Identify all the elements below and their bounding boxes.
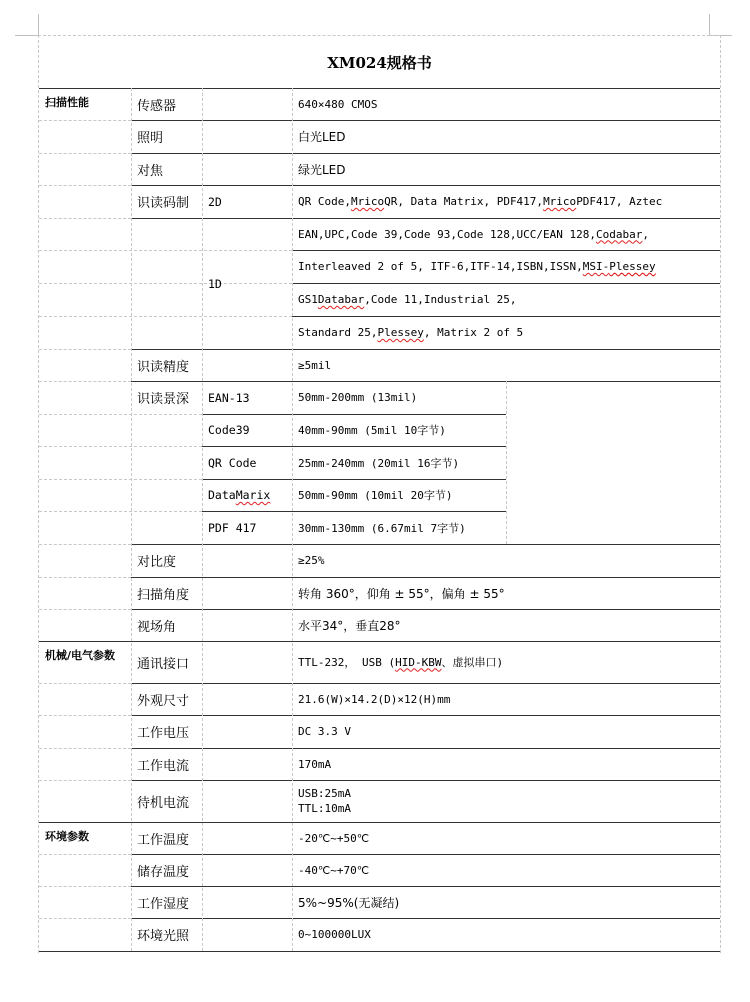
- spec-value: 50mm-90mm (10mil 20字节): [292, 479, 506, 511]
- spec-label: 工作湿度: [131, 886, 202, 918]
- row-divider-dashed: [39, 511, 202, 512]
- spec-sub-type: Data Marix: [202, 479, 292, 511]
- row-divider-dashed: [39, 381, 131, 382]
- row-divider-dashed: [39, 479, 202, 480]
- spec-value: USB:25mATTL:10mA: [292, 780, 720, 822]
- spec-label: 工作电压: [131, 715, 202, 748]
- spec-value: EAN,UPC,Code 39,Code 93,Code 128,UCC/EAN…: [292, 218, 720, 250]
- spec-sub-type: QR Code: [202, 446, 292, 479]
- page-guide-right: [720, 35, 721, 953]
- spec-value: TTL-232， USB (HID-KBW、虚拟串口): [292, 641, 720, 683]
- document-title: XM024规格书: [39, 36, 720, 88]
- spec-label: 对比度: [131, 544, 202, 577]
- spec-label: 照明: [131, 120, 202, 153]
- spec-value: 水平34°，垂直28°: [292, 609, 720, 641]
- page-guide-left: [38, 35, 39, 953]
- spec-label: 待机电流: [131, 780, 202, 822]
- spec-value: 5%~95%(无凝结): [292, 886, 720, 918]
- row-divider-dashed: [39, 544, 131, 545]
- row-divider-dashed: [39, 414, 202, 415]
- spec-sub-type: PDF 417: [202, 511, 292, 544]
- spec-sub-type: Code39: [202, 414, 292, 446]
- row-divider-dashed: [39, 349, 131, 350]
- spec-value: DC 3.3 V: [292, 715, 720, 748]
- spec-value: 21.6(W)×14.2(D)×12(H)mm: [292, 683, 720, 715]
- section-scan-performance: 扫描性能: [39, 88, 131, 120]
- crop-mark-top-left-v: [38, 14, 39, 35]
- row-divider-dashed: [39, 780, 131, 781]
- row-divider-dashed: [39, 683, 131, 684]
- spec-label: 对焦: [131, 153, 202, 185]
- crop-mark-top-right-v: [709, 14, 710, 35]
- column-divider: [506, 381, 507, 544]
- spec-value: -40℃~+70℃: [292, 854, 720, 886]
- spec-label: 识读精度: [131, 349, 202, 381]
- spec-label: 环境光照: [131, 918, 202, 951]
- spec-value: QR Code,Mrico QR, Data Matrix, PDF417,Mr…: [292, 185, 720, 218]
- spec-value: 170mA: [292, 748, 720, 780]
- spec-value: 转角 360°，仰角 ± 55°，偏角 ± 55°: [292, 577, 720, 609]
- spec-sub-type: 2D: [202, 185, 292, 218]
- spec-value: Standard 25,Plessey, Matrix 2 of 5: [292, 316, 720, 349]
- crop-mark-top-left-h: [15, 35, 38, 36]
- spec-label: 工作温度: [131, 822, 202, 854]
- spec-label: 识读码制: [131, 185, 202, 218]
- row-divider-dashed: [39, 120, 131, 121]
- spec-label: 储存温度: [131, 854, 202, 886]
- spec-label: 识读景深: [131, 381, 202, 414]
- spec-sub-type: EAN-13: [202, 381, 292, 414]
- row-divider-dashed: [39, 715, 131, 716]
- row-divider-dashed: [39, 577, 131, 578]
- spec-value-line: TTL:10mA: [298, 801, 351, 816]
- spec-value: 绿光LED: [292, 153, 720, 185]
- row-divider-dashed: [39, 918, 131, 919]
- spec-label: 扫描角度: [131, 577, 202, 609]
- spec-label: 视场角: [131, 609, 202, 641]
- row-divider-dashed: [39, 609, 131, 610]
- spec-value: -20℃~+50℃: [292, 822, 720, 854]
- spec-value: GS1 Databar,Code 11,Industrial 25,: [292, 283, 720, 316]
- spec-value: Interleaved 2 of 5, ITF-6,ITF-14,ISBN,IS…: [292, 250, 720, 283]
- spec-value: 30mm-130mm (6.67mil 7字节): [292, 511, 506, 544]
- spec-sub-type: 1D: [202, 218, 292, 349]
- spec-value-line: USB:25mA: [298, 786, 351, 801]
- row-divider-dashed: [39, 185, 131, 186]
- row-divider-dashed: [39, 748, 131, 749]
- spec-label: 工作电流: [131, 748, 202, 780]
- spec-label: 外观尺寸: [131, 683, 202, 715]
- spec-value: 白光LED: [292, 120, 720, 153]
- row-divider-dashed: [39, 886, 131, 887]
- section-environment: 环境参数: [39, 822, 131, 854]
- row-divider-dashed: [39, 153, 131, 154]
- section-mech-electrical: 机械/电气参数: [39, 641, 131, 683]
- row-divider-dashed: [39, 218, 131, 219]
- row-divider: [39, 951, 720, 952]
- spec-value: 25mm-240mm (20mil 16字节): [292, 446, 506, 479]
- spec-value: 0~100000LUX: [292, 918, 720, 951]
- spec-label: 传感器: [131, 88, 202, 120]
- spec-label: 通讯接口: [131, 641, 202, 683]
- spec-value: ≥25%: [292, 544, 720, 577]
- spec-value: ≥5mil: [292, 349, 720, 381]
- row-divider-dashed: [39, 854, 131, 855]
- spec-value: 640×480 CMOS: [292, 88, 720, 120]
- spec-value: 50mm-200mm (13mil): [292, 381, 506, 414]
- row-divider-dashed: [39, 446, 202, 447]
- spec-value: 40mm-90mm (5mil 10字节): [292, 414, 506, 446]
